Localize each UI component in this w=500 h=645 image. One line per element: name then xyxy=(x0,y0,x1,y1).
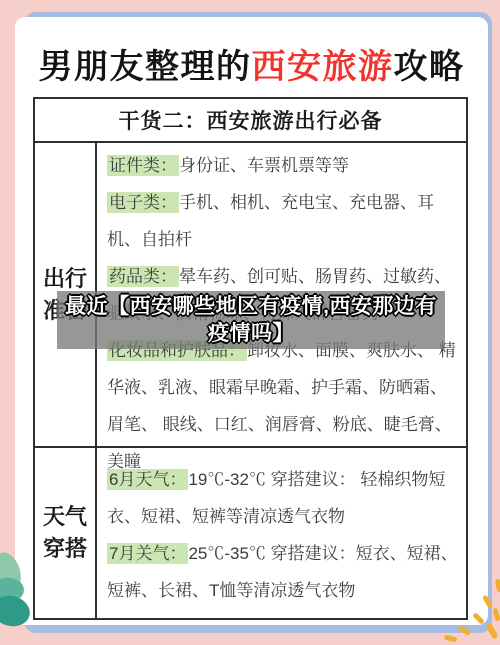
category-tag-documents: 证件类： xyxy=(107,155,179,176)
poster: 男朋友整理的西安旅游攻略 干货二：西安旅游出行必备 出行准备 证件类：身份证、车… xyxy=(0,0,500,645)
caption-overlay: 最近【西安哪些地区有疫情,西安那边有疫情吗】 xyxy=(57,291,445,349)
table-header: 干货二：西安旅游出行必备 xyxy=(35,99,466,143)
category-tag-july-weather: 7月关气： xyxy=(107,543,188,564)
category-tag-electronics: 电子类： xyxy=(107,192,179,213)
info-table: 干货二：西安旅游出行必备 出行准备 证件类：身份证、车票机票等等 电子类：手机、… xyxy=(33,97,468,620)
page-title: 男朋友整理的西安旅游攻略 xyxy=(15,39,488,88)
confetti-decoration-icon xyxy=(485,623,498,640)
title-highlight: 西安旅游 xyxy=(252,48,394,86)
table-row-weather-outfit: 天气穿搭 6月天气：19℃-32℃ 穿搭建议： 轻棉织物短衣、短裙、短裤等清凉透… xyxy=(35,448,466,618)
confetti-decoration-icon xyxy=(444,634,458,642)
row-label-weather-outfit: 天气穿搭 xyxy=(35,448,97,618)
title-prefix: 男朋友整理的 xyxy=(39,48,252,86)
category-text-documents: 身份证、车票机票等等 xyxy=(179,156,349,175)
category-tag-june-weather: 6月天气： xyxy=(107,469,188,490)
confetti-decoration-icon xyxy=(495,579,500,593)
category-tag-medicine: 药品类： xyxy=(107,266,179,287)
confetti-decoration-icon xyxy=(492,608,500,622)
title-suffix: 攻略 xyxy=(394,48,465,86)
row-content-weather-outfit: 6月天气：19℃-32℃ 穿搭建议： 轻棉织物短衣、短裙、短裤等清凉透气衣物 7… xyxy=(97,448,466,618)
row-label-text: 天气穿搭 xyxy=(43,501,87,565)
